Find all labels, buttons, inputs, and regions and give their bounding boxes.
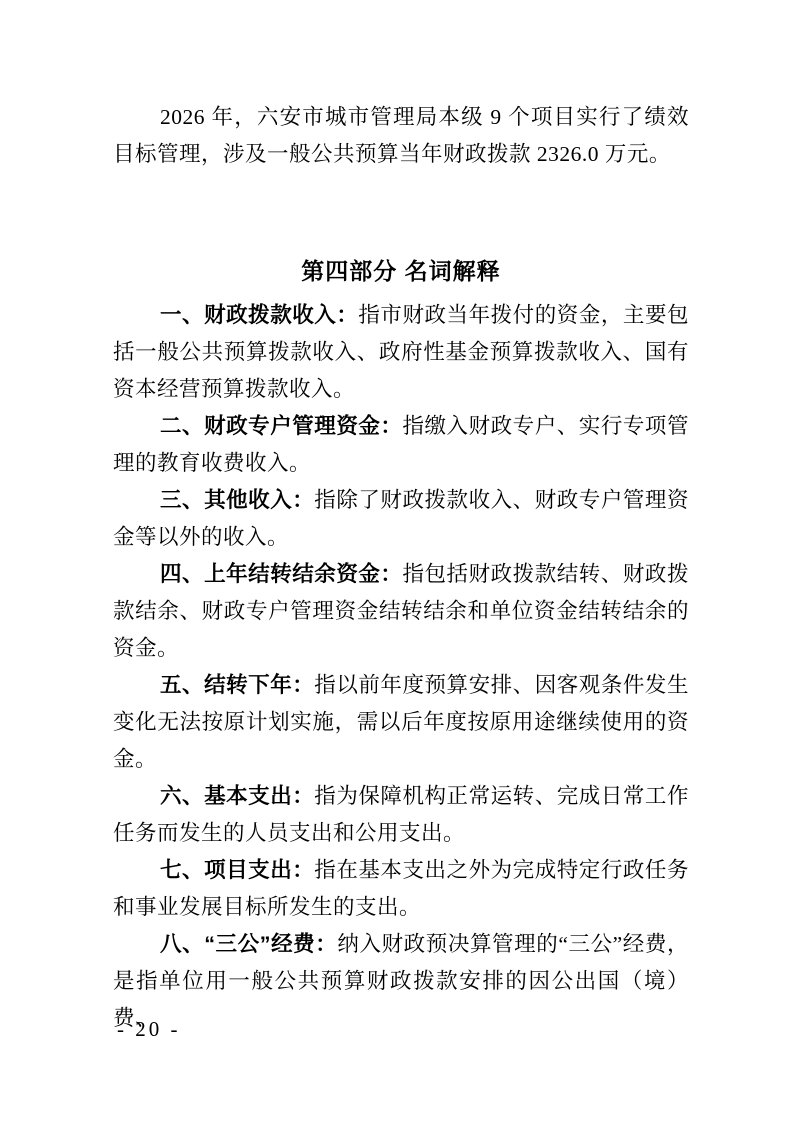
intro-paragraph: 2026 年，六安市城市管理局本级 9 个项目实行了绩效目标管理，涉及一般公共预…: [113, 99, 689, 173]
definition-item-7: 七、项目支出：指在基本支出之外为完成特定行政任务和事业发展目标所发生的支出。: [113, 852, 689, 926]
definition-item-1: 一、财政拨款收入：指市财政当年拨付的资金，主要包括一般公共预算拨款收入、政府性基…: [113, 297, 689, 408]
page-content: 2026 年，六安市城市管理局本级 9 个项目实行了绩效目标管理，涉及一般公共预…: [113, 99, 689, 1037]
definition-term: 四、上年结转结余资金：: [160, 562, 402, 586]
definition-term: 一、财政拨款收入：: [160, 303, 358, 327]
definition-item-5: 五、结转下年：指以前年度预算安排、因客观条件发生变化无法按原计划实施，需以后年度…: [113, 667, 689, 778]
definition-item-2: 二、财政专户管理资金：指缴入财政专户、实行专项管理的教育收费收入。: [113, 408, 689, 482]
document-page: 2026 年，六安市城市管理局本级 9 个项目实行了绩效目标管理，涉及一般公共预…: [0, 0, 793, 1122]
definition-term: 六、基本支出：: [160, 784, 314, 808]
definition-term: 七、项目支出：: [160, 858, 314, 882]
definition-item-4: 四、上年结转结余资金：指包括财政拨款结转、财政拨款结余、财政专户管理资金结转结余…: [113, 556, 689, 667]
definition-term: 三、其他收入：: [160, 488, 314, 512]
page-number: - 20 -: [117, 1014, 181, 1044]
definition-item-8: 八、“三公”经费：纳入财政预决算管理的“三公”经费，是指单位用一般公共预算财政拨…: [113, 926, 689, 1037]
definition-term: 五、结转下年：: [160, 673, 314, 697]
definition-term: 二、财政专户管理资金：: [160, 414, 402, 438]
definition-term: 八、“三公”经费：: [160, 932, 337, 956]
definition-item-6: 六、基本支出：指为保障机构正常运转、完成日常工作任务而发生的人员支出和公用支出。: [113, 778, 689, 852]
definition-item-3: 三、其他收入：指除了财政拨款收入、财政专户管理资金等以外的收入。: [113, 482, 689, 556]
section-title: 第四部分 名词解释: [113, 253, 689, 290]
